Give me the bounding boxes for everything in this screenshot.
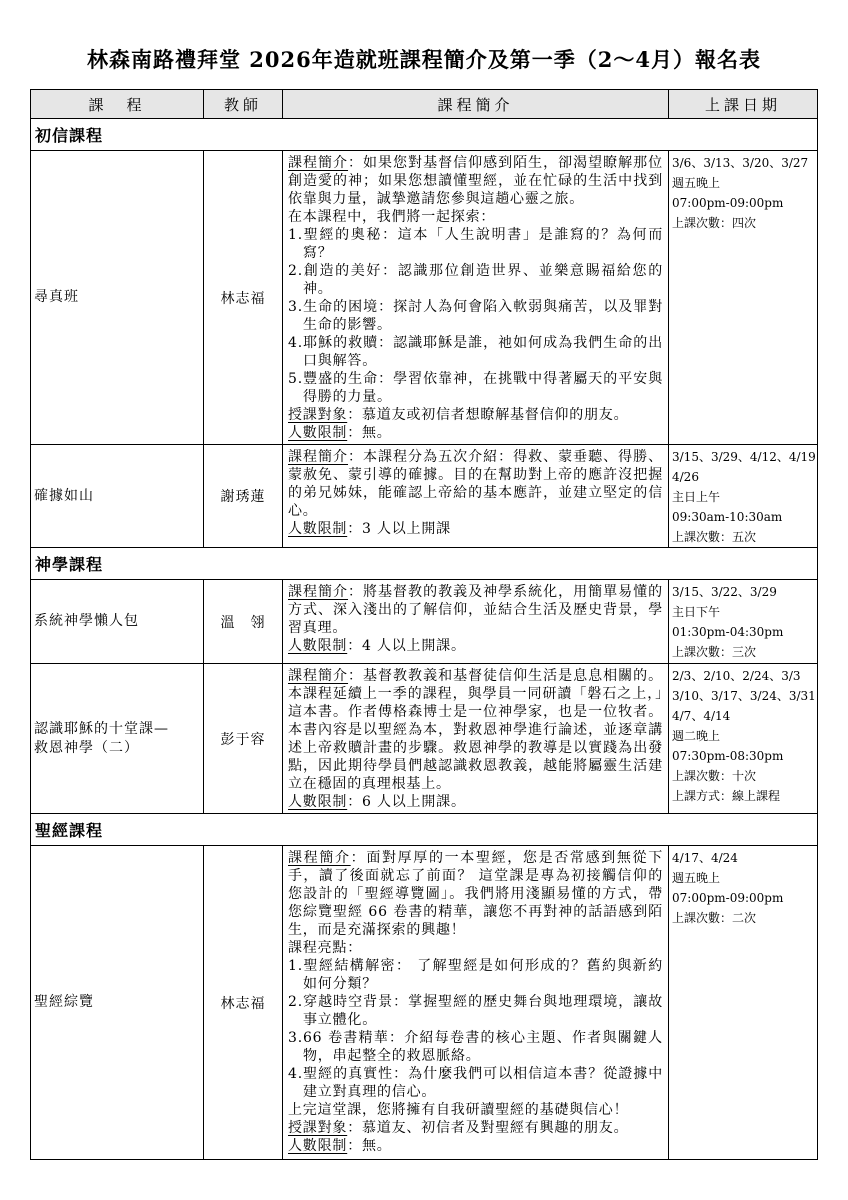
description-label: 課程簡介 xyxy=(288,668,348,684)
schedule-line: 4/17、4/24 xyxy=(672,848,816,868)
schedule-line: 07:00pm-09:00pm xyxy=(672,888,816,908)
description-paragraph: 3.生命的困境：探討人為何會陷入軟弱與痛苦，以及罪對生命的影響。 xyxy=(288,298,663,334)
description-label: 人數限制 xyxy=(288,794,347,810)
teacher-cell: 彭于容 xyxy=(204,664,283,814)
teacher-cell: 謝琇蓮 xyxy=(204,445,283,548)
schedule-cell: 3/15、3/29、4/12、4/194/26主日上午09:30am-10:30… xyxy=(669,445,818,548)
description-label: 課程簡介 xyxy=(288,155,348,171)
description-cell: 課程簡介：基督教教義和基督徒信仰生活是息息相關的。本課程延續上一季的課程，與學員… xyxy=(283,664,669,814)
description-paragraph: 課程簡介：本課程分為五次介紹：得救、蒙垂聽、得勝、蒙赦免、蒙引導的確據。目的在幫… xyxy=(288,448,663,520)
schedule-line: 3/6、3/13、3/20、3/27 xyxy=(672,153,816,173)
description-label: 人數限制 xyxy=(288,521,347,537)
description-label: 人數限制 xyxy=(288,1138,347,1154)
description-paragraph: 課程簡介：如果您對基督信仰感到陌生，卻渴望瞭解那位創造愛的神；如果您想讀懂聖經，… xyxy=(288,154,663,208)
description-paragraph: 5.豐盛的生命：學習依靠神，在挑戰中得著屬天的平安與得勝的力量。 xyxy=(288,370,663,406)
schedule-line: 上課次數：四次 xyxy=(672,213,816,233)
description-label: 授課對象 xyxy=(288,407,347,423)
description-cell: 課程簡介：將基督教的教義及神學系統化，用簡單易懂的方式、深入淺出的了解信仰，並結… xyxy=(283,580,669,664)
section-title: 神學課程 xyxy=(31,548,818,580)
schedule-line: 週五晚上 xyxy=(672,173,816,193)
course-name-cell: 確據如山 xyxy=(31,445,204,548)
description-paragraph: 課程亮點： xyxy=(288,939,663,957)
schedule-line: 3/15、3/29、4/12、4/19 xyxy=(672,447,816,467)
description-paragraph: 2.穿越時空背景：掌握聖經的歷史舞台與地理環境，讓故事立體化。 xyxy=(288,993,663,1029)
description-paragraph: 人數限制：3 人以上開課 xyxy=(288,520,663,538)
description-paragraph: 3.66 卷書精華：介紹每卷書的核心主題、作者與關鍵人物，串起整全的救恩脈絡。 xyxy=(288,1029,663,1065)
schedule-line: 主日下午 xyxy=(672,602,816,622)
description-text: 1.聖經的奧秘：這本「人生說明書」是誰寫的？為何而寫？ xyxy=(288,227,663,261)
schedule-line: 2/3、2/10、2/24、3/3 xyxy=(672,666,816,686)
description-paragraph: 課程簡介：基督教教義和基督徒信仰生活是息息相關的。本課程延續上一季的課程，與學員… xyxy=(288,667,663,793)
schedule-line: 07:00pm-09:00pm xyxy=(672,193,816,213)
course-table: 課 程教師課程簡介上課日期 初信課程尋真班林志福課程簡介：如果您對基督信仰感到陌… xyxy=(30,89,818,1160)
description-text: ：3 人以上開課 xyxy=(347,521,451,537)
course-row: 確據如山謝琇蓮課程簡介：本課程分為五次介紹：得救、蒙垂聽、得勝、蒙赦免、蒙引導的… xyxy=(31,445,818,548)
description-paragraph: 人數限制：無。 xyxy=(288,1137,663,1155)
description-paragraph: 4.聖經的真實性：為什麼我們可以相信這本書？從證據中建立對真理的信心。 xyxy=(288,1065,663,1101)
section-row: 初信課程 xyxy=(31,119,818,151)
column-header-4: 上課日期 xyxy=(669,90,818,119)
description-text: ：6 人以上開課。 xyxy=(347,794,466,810)
schedule-line: 上課次數：五次 xyxy=(672,527,816,547)
section-title: 聖經課程 xyxy=(31,814,818,846)
description-paragraph: 人數限制：無。 xyxy=(288,424,663,442)
column-header-3: 課程簡介 xyxy=(283,90,669,119)
schedule-line: 週五晚上 xyxy=(672,868,816,888)
description-text: 2.穿越時空背景：掌握聖經的歷史舞台與地理環境，讓故事立體化。 xyxy=(288,994,663,1028)
course-row: 認識耶穌的十堂課— 救恩神學（二）彭于容課程簡介：基督教教義和基督徒信仰生活是息… xyxy=(31,664,818,814)
description-text: 課程亮點： xyxy=(288,940,362,956)
schedule-line: 週二晚上 xyxy=(672,726,816,746)
schedule-line: 07:30pm-08:30pm xyxy=(672,746,816,766)
column-header-1: 課 程 xyxy=(31,90,204,119)
course-name-cell: 聖經綜覽 xyxy=(31,846,204,1160)
header-row: 課 程教師課程簡介上課日期 xyxy=(31,90,818,119)
description-text: ：慕道友、初信者及對聖經有興趣的朋友。 xyxy=(347,1120,628,1136)
description-paragraph: 課程簡介：將基督教的教義及神學系統化，用簡單易懂的方式、深入淺出的了解信仰，並結… xyxy=(288,583,663,637)
description-paragraph: 2.創造的美好：認識那位創造世界、並樂意賜福給您的神。 xyxy=(288,262,663,298)
description-text: 在本課程中，我們將一起探索： xyxy=(288,209,495,225)
description-paragraph: 4.耶穌的救贖：認識耶穌是誰，祂如何成為我們生命的出口與解答。 xyxy=(288,334,663,370)
description-cell: 課程簡介：面對厚厚的一本聖經，您是否常感到無從下手，讀了後面就忘了前面？ 這堂課… xyxy=(283,846,669,1160)
schedule-line: 上課次數：十次 xyxy=(672,766,816,786)
description-text: ：基督教教義和基督徒信仰生活是息息相關的。本課程延續上一季的課程，與學員一同研讀… xyxy=(288,668,663,792)
description-text: 1.聖經結構解密： 了解聖經是如何形成的？舊約與新約如何分類？ xyxy=(288,958,663,992)
schedule-line: 01:30pm-04:30pm xyxy=(672,622,816,642)
schedule-cell: 2/3、2/10、2/24、3/33/10、3/17、3/24、3/314/7、… xyxy=(669,664,818,814)
course-row: 系統神學懶人包溫 翎課程簡介：將基督教的教義及神學系統化，用簡單易懂的方式、深入… xyxy=(31,580,818,664)
description-text: 4.聖經的真實性：為什麼我們可以相信這本書？從證據中建立對真理的信心。 xyxy=(288,1066,663,1100)
description-paragraph: 上完這堂課，您將擁有自我研讀聖經的基礎與信心！ xyxy=(288,1101,663,1119)
teacher-cell: 林志福 xyxy=(204,151,283,445)
schedule-line: 上課次數：三次 xyxy=(672,642,816,662)
description-paragraph: 課程簡介：面對厚厚的一本聖經，您是否常感到無從下手，讀了後面就忘了前面？ 這堂課… xyxy=(288,849,663,939)
description-paragraph: 授課對象：慕道友、初信者及對聖經有興趣的朋友。 xyxy=(288,1119,663,1137)
course-row: 聖經綜覽林志福課程簡介：面對厚厚的一本聖經，您是否常感到無從下手，讀了後面就忘了… xyxy=(31,846,818,1160)
description-text: 3.生命的困境：探討人為何會陷入軟弱與痛苦，以及罪對生命的影響。 xyxy=(288,299,663,333)
document-page: 林森南路禮拜堂 2026年造就班課程簡介及第一季（2～4月）報名表 課 程教師課… xyxy=(0,0,848,1200)
schedule-line: 主日上午 xyxy=(672,487,816,507)
description-label: 課程簡介 xyxy=(288,449,348,465)
description-paragraph: 1.聖經結構解密： 了解聖經是如何形成的？舊約與新約如何分類？ xyxy=(288,957,663,993)
description-cell: 課程簡介：本課程分為五次介紹：得救、蒙垂聽、得勝、蒙赦免、蒙引導的確據。目的在幫… xyxy=(283,445,669,548)
schedule-line: 09:30am-10:30am xyxy=(672,507,816,527)
table-body: 初信課程尋真班林志福課程簡介：如果您對基督信仰感到陌生，卻渴望瞭解那位創造愛的神… xyxy=(31,119,818,1160)
schedule-line: 上課次數：二次 xyxy=(672,908,816,928)
description-cell: 課程簡介：如果您對基督信仰感到陌生，卻渴望瞭解那位創造愛的神；如果您想讀懂聖經，… xyxy=(283,151,669,445)
course-name-cell: 認識耶穌的十堂課— 救恩神學（二） xyxy=(31,664,204,814)
schedule-line: 4/26 xyxy=(672,467,816,487)
schedule-cell: 4/17、4/24週五晚上07:00pm-09:00pm上課次數：二次 xyxy=(669,846,818,1160)
schedule-cell: 3/6、3/13、3/20、3/27週五晚上07:00pm-09:00pm上課次… xyxy=(669,151,818,445)
section-row: 聖經課程 xyxy=(31,814,818,846)
section-title: 初信課程 xyxy=(31,119,818,151)
schedule-line: 3/15、3/22、3/29 xyxy=(672,582,816,602)
description-text: ：無。 xyxy=(347,425,391,441)
description-paragraph: 人數限制：4 人以上開課。 xyxy=(288,637,663,655)
description-paragraph: 授課對象：慕道友或初信者想瞭解基督信仰的朋友。 xyxy=(288,406,663,424)
description-label: 授課對象 xyxy=(288,1120,347,1136)
description-label: 人數限制 xyxy=(288,425,347,441)
teacher-cell: 溫 翎 xyxy=(204,580,283,664)
schedule-line: 4/7、4/14 xyxy=(672,706,816,726)
description-label: 人數限制 xyxy=(288,638,347,654)
description-label: 課程簡介 xyxy=(288,584,348,600)
description-text: 5.豐盛的生命：學習依靠神，在挑戰中得著屬天的平安與得勝的力量。 xyxy=(288,371,663,405)
description-text: 4.耶穌的救贖：認識耶穌是誰，祂如何成為我們生命的出口與解答。 xyxy=(288,335,663,369)
description-text: ：4 人以上開課。 xyxy=(347,638,466,654)
teacher-cell: 林志福 xyxy=(204,846,283,1160)
course-row: 尋真班林志福課程簡介：如果您對基督信仰感到陌生，卻渴望瞭解那位創造愛的神；如果您… xyxy=(31,151,818,445)
description-paragraph: 在本課程中，我們將一起探索： xyxy=(288,208,663,226)
table-header: 課 程教師課程簡介上課日期 xyxy=(31,90,818,119)
course-name-cell: 尋真班 xyxy=(31,151,204,445)
schedule-line: 上課方式：線上課程 xyxy=(672,786,816,806)
description-paragraph: 人數限制：6 人以上開課。 xyxy=(288,793,663,811)
page-title: 林森南路禮拜堂 2026年造就班課程簡介及第一季（2～4月）報名表 xyxy=(0,0,848,89)
description-text: ：無。 xyxy=(347,1138,391,1154)
course-name-cell: 系統神學懶人包 xyxy=(31,580,204,664)
description-text: ：慕道友或初信者想瞭解基督信仰的朋友。 xyxy=(347,407,628,423)
description-text: 3.66 卷書精華：介紹每卷書的核心主題、作者與關鍵人物，串起整全的救恩脈絡。 xyxy=(288,1030,663,1064)
schedule-cell: 3/15、3/22、3/29主日下午01:30pm-04:30pm上課次數：三次 xyxy=(669,580,818,664)
description-paragraph: 1.聖經的奧秘：這本「人生說明書」是誰寫的？為何而寫？ xyxy=(288,226,663,262)
description-text: 2.創造的美好：認識那位創造世界、並樂意賜福給您的神。 xyxy=(288,263,663,297)
description-text: 上完這堂課，您將擁有自我研讀聖經的基礎與信心！ xyxy=(288,1102,628,1118)
description-label: 課程簡介 xyxy=(288,850,351,866)
section-row: 神學課程 xyxy=(31,548,818,580)
column-header-2: 教師 xyxy=(204,90,283,119)
schedule-line: 3/10、3/17、3/24、3/31 xyxy=(672,686,816,706)
